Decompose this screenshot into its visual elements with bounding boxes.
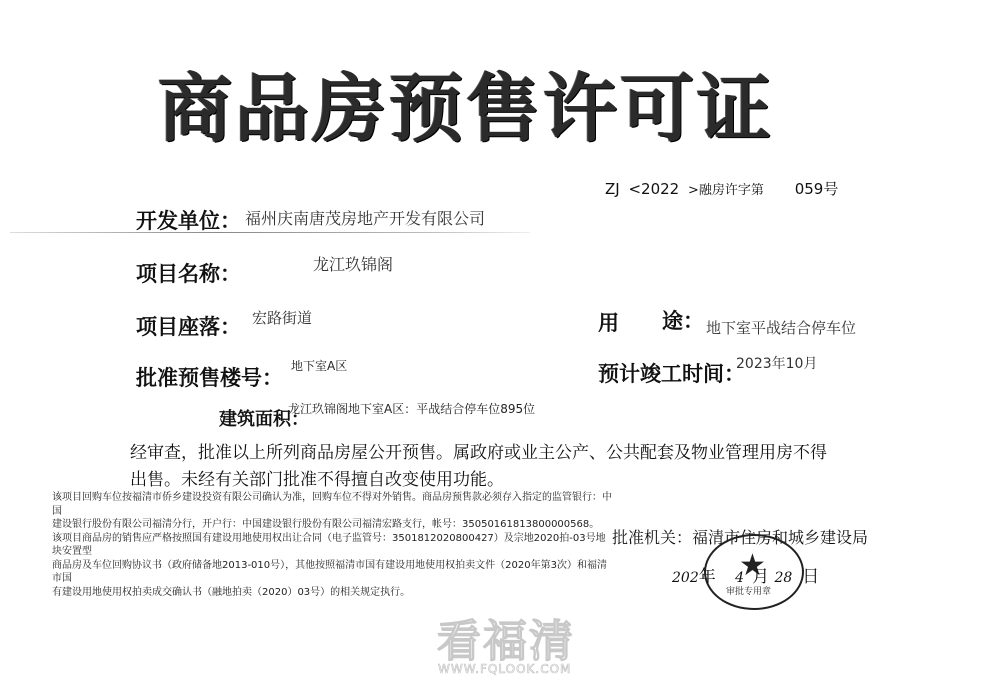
completion-time-value: 2023年10月 [736,353,817,373]
date-day: 日 [802,567,819,587]
completion-time-label: 预计竣工时间： [598,358,745,388]
approved-building-value: 地下室A区 [291,357,347,374]
usage-value: 地下室平战结合停车位 [706,317,856,338]
permit-mid: >融房许字第 [688,183,764,198]
note-line: 有建设用地使用权拍卖成交确认书（融地拍卖（2020）03号）的相关规定执行。 [52,586,612,600]
document-title: 商品房预售许可证 [158,50,774,156]
date-year-handwritten: 202 [672,570,699,586]
project-name-label: 项目名称： [136,258,241,288]
date-month-handwritten: 4 [735,570,744,586]
note-line: 该项目回购车位按福清市侨乡建设投资有限公司确认为准，回购车位不得对外销售。商品房… [52,491,612,518]
watermark-url: WWW.FQLOOK.COM [438,662,571,676]
usage-label-b: 途： [662,305,704,335]
permit-year: <2022 [628,180,679,198]
date-day-handwritten: 28 [774,570,792,586]
issue-date: 202年 4月 28日 [672,562,819,587]
developer-label: 开发单位： [136,205,241,235]
permit-serial: 059号 [795,180,839,198]
usage-label-a: 用 [598,307,619,337]
approval-statement: 经审查，批准以上所列商品房屋公开预售。属政府或业主公产、公共配套及物业管理用房不… [130,440,830,494]
watermark-logo: 看福清 [437,605,575,669]
location-value: 宏路街道 [252,307,312,328]
location-label: 项目座落： [136,311,241,341]
permit-number: ZJ <2022 >融房许字第 059号 [605,178,842,199]
authority-label: 批准机关： [612,528,692,547]
permit-prefix: ZJ [605,180,620,198]
developer-value: 福州庆南唐茂房地产开发有限公司 [245,206,485,229]
date-month: 月 [752,567,769,587]
scan-artifact-line [10,232,530,233]
project-name-value: 龙江玖锦阁 [313,252,393,275]
note-line: 商品房及车位回购协议书（政府储备地2013-010号），其他按照福清市国有建设用… [52,559,612,586]
floor-area-value: 龙江玖锦阁地下室A区：平战结合停车位895位 [288,400,535,417]
date-year: 年 [699,567,716,587]
note-line: 建设银行股份有限公司福清分行，开户行：中国建设银行股份有限公司福清宏路支行，帐号… [52,518,612,532]
notes-block: 该项目回购车位按福清市侨乡建设投资有限公司确认为准，回购车位不得对外销售。商品房… [52,491,612,599]
note-line: 该项目商品房的销售应严格按照国有建设用地使用权出让合同（电子监管号：350181… [52,532,612,559]
approved-building-label: 批准预售楼号： [136,362,283,392]
